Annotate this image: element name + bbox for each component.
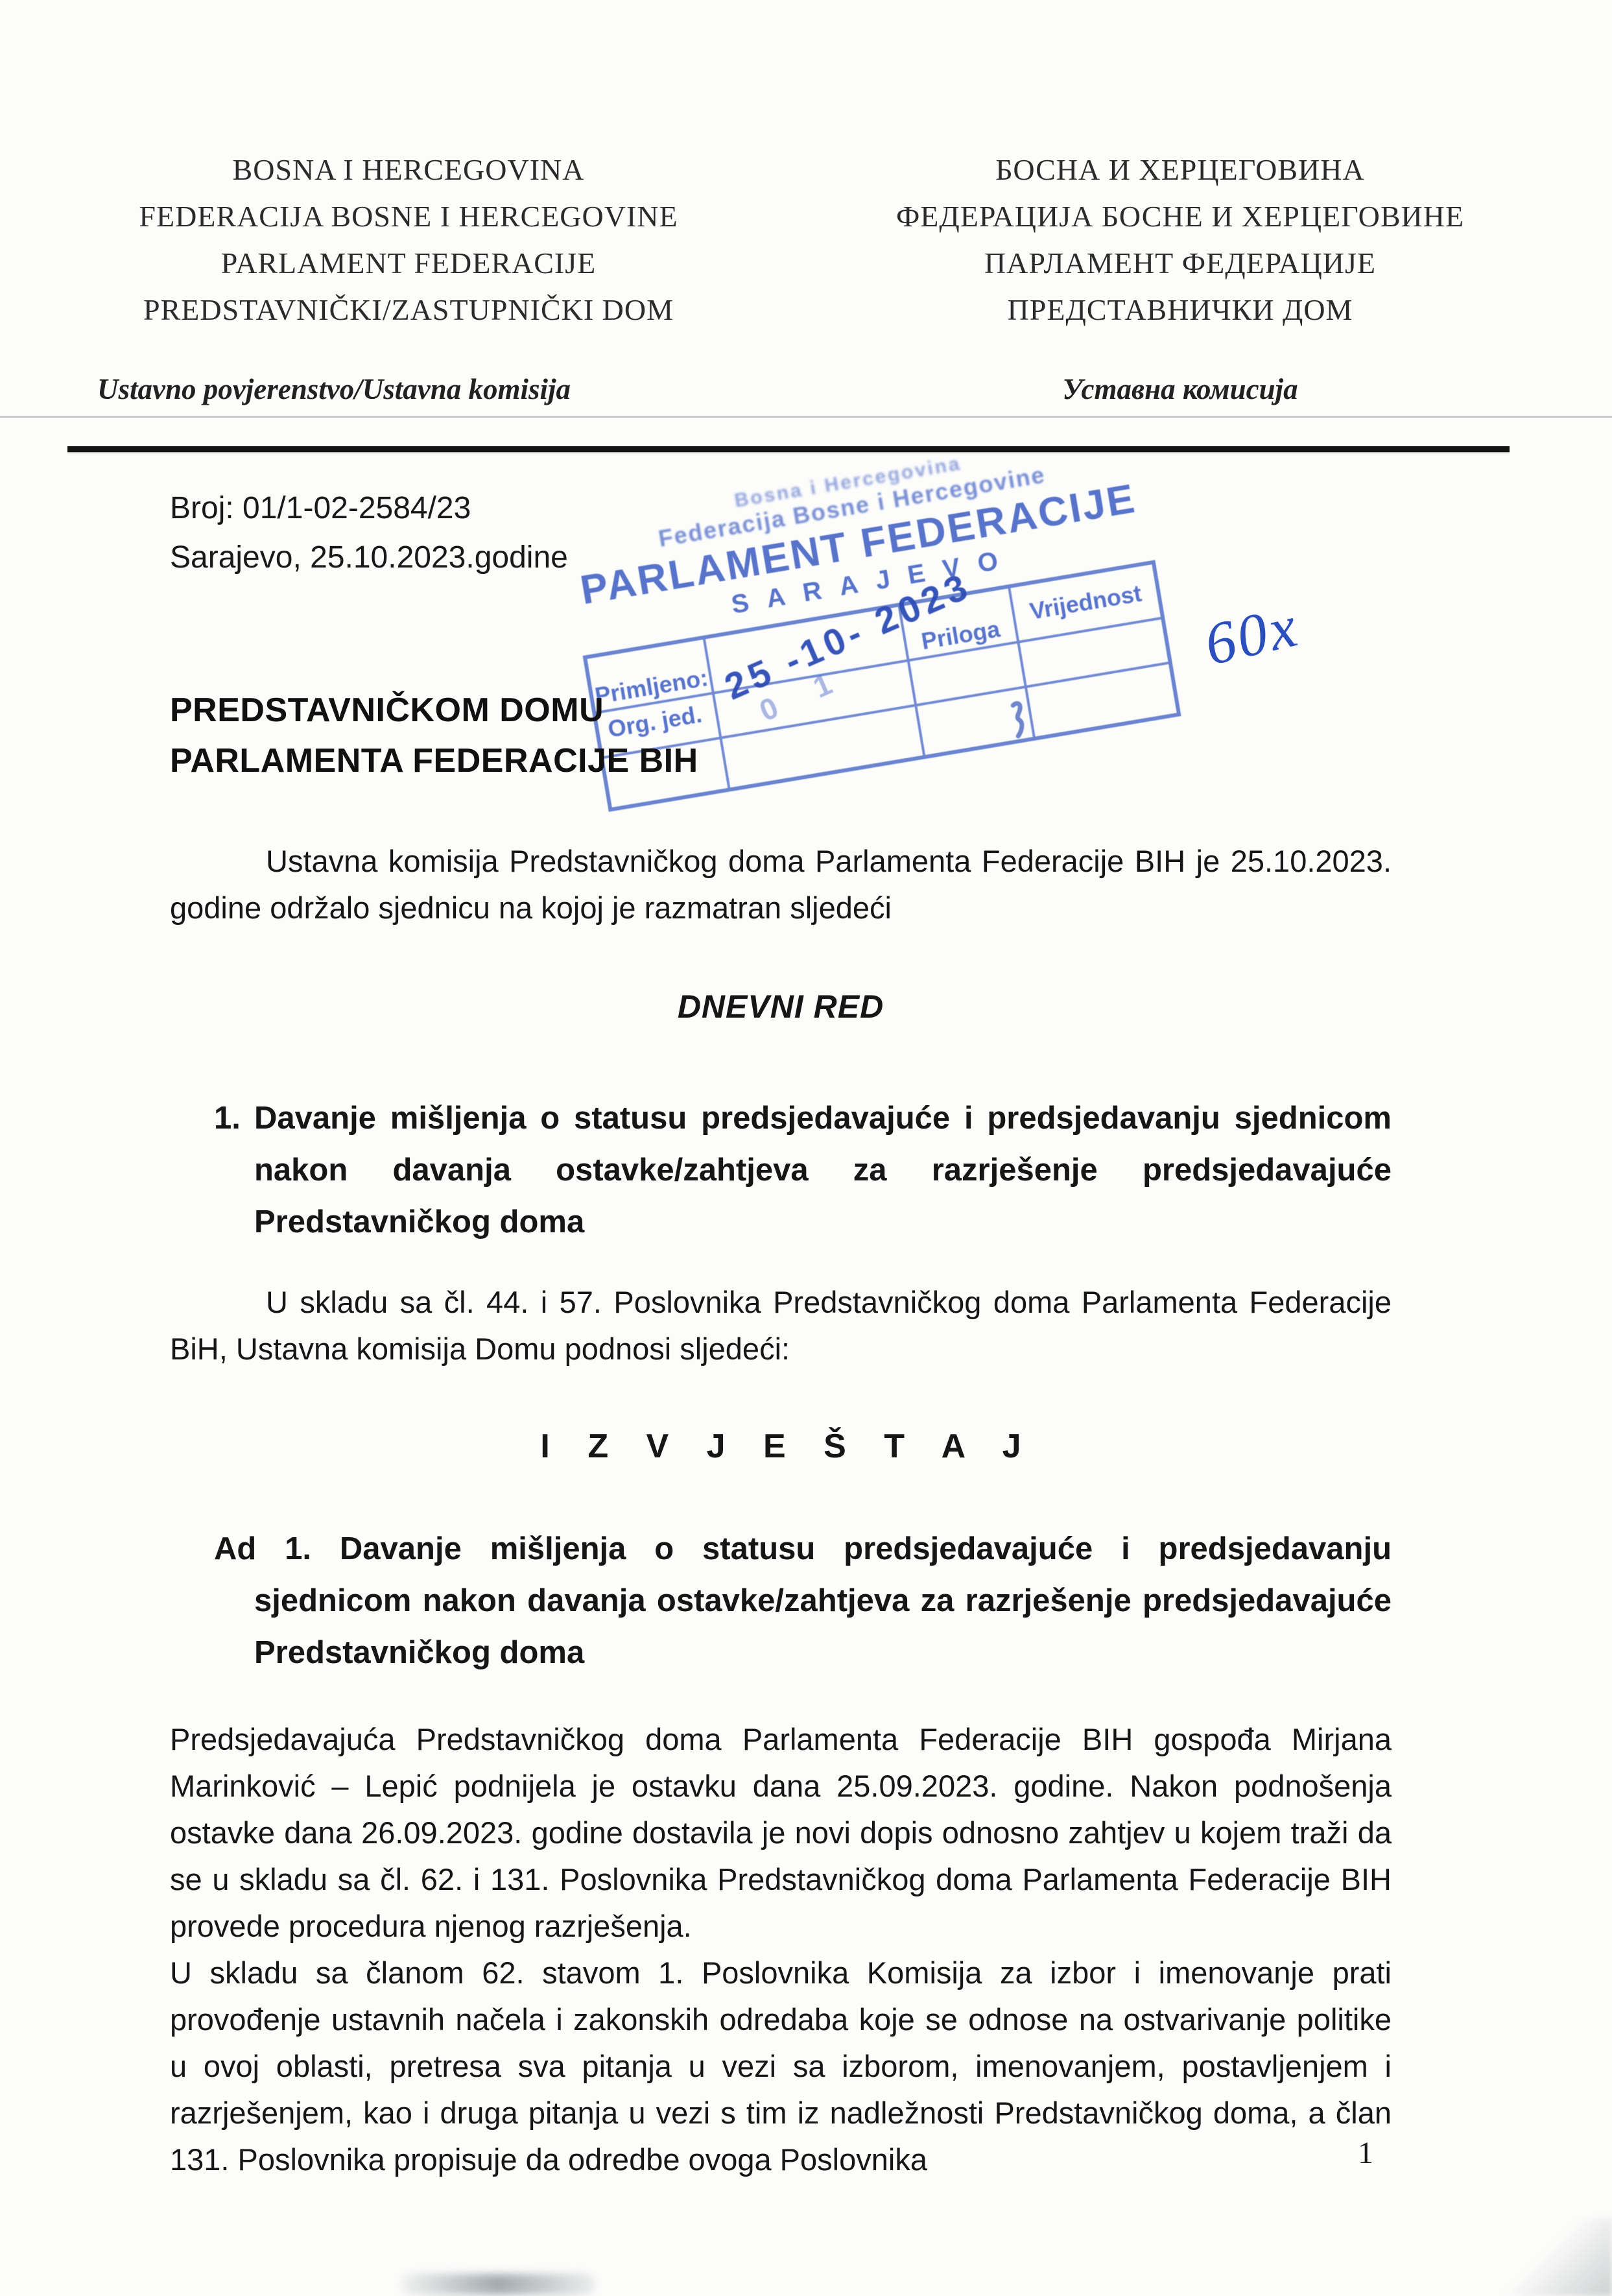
committee-name-cyrillic: Уставна комисија xyxy=(836,372,1524,406)
agenda-heading: DNEVNI RED xyxy=(170,983,1392,1030)
agenda-item-text: Davanje mišljenja o statusu predsjedavaj… xyxy=(254,1101,1392,1239)
agenda-item-number: 1. xyxy=(214,1092,254,1144)
letterhead-latin: BOSNA I HERCEGOVINA FEDERACIJA BOSNE I H… xyxy=(65,147,752,333)
letterhead-line: ФЕДЕРАЦИЈА БОСНЕ И ХЕРЦЕГОВИНЕ xyxy=(836,193,1524,240)
scanned-document-page: BOSNA I HERCEGOVINA FEDERACIJA BOSNE I H… xyxy=(0,0,1612,2296)
report-heading: I Z V J E Š T A J xyxy=(170,1423,1392,1470)
ad-item-heading: Ad 1. Davanje mišljenja o statusu predsj… xyxy=(214,1523,1392,1679)
reference-number: Broj: 01/1-02-2584/23 xyxy=(170,484,568,533)
intro-paragraph: Ustavna komisija Predstavničkog doma Par… xyxy=(170,838,1392,931)
letterhead-line: FEDERACIJA BOSNE I HERCEGOVINE xyxy=(65,193,752,240)
scan-corner-shade xyxy=(1502,2218,1612,2296)
handwritten-note: 60x xyxy=(1198,591,1305,679)
agenda-item-1: 1.Davanje mišljenja o statusu predsjedav… xyxy=(214,1092,1392,1248)
reference-block: Broj: 01/1-02-2584/23 Sarajevo, 25.10.20… xyxy=(170,484,568,582)
letterhead-line: ПАРЛАМЕНТ ФЕДЕРАЦИЈЕ xyxy=(836,240,1524,287)
reference-place-date: Sarajevo, 25.10.2023.godine xyxy=(170,533,568,582)
report-paragraph-1: Predsjedavajuća Predstavničkog doma Parl… xyxy=(170,1716,1392,1950)
stamp-ink-squiggle-icon xyxy=(1004,697,1045,745)
legal-basis-paragraph: U skladu sa čl. 44. i 57. Poslovnika Pre… xyxy=(170,1279,1392,1372)
report-paragraph-2: U skladu sa članom 62. stavom 1. Poslovn… xyxy=(170,1950,1392,2183)
header-divider-rule xyxy=(67,446,1510,452)
letterhead-line: БОСНА И ХЕРЦЕГОВИНА xyxy=(836,147,1524,193)
letterhead-line: PARLAMENT FEDERACIJE xyxy=(65,240,752,287)
committee-name-latin: Ustavno povjerenstvo/Ustavna komisija xyxy=(97,372,571,406)
letterhead-cyrillic: БОСНА И ХЕРЦЕГОВИНА ФЕДЕРАЦИЈА БОСНЕ И Х… xyxy=(836,147,1524,333)
document-body: Ustavna komisija Predstavničkog doma Par… xyxy=(170,838,1392,2183)
scan-artifact-line xyxy=(0,416,1612,418)
addressee-line: PARLAMENTA FEDERACIJE BIH xyxy=(170,735,698,786)
letterhead-line: PREDSTAVNIČKI/ZASTUPNIČKI DOM xyxy=(65,287,752,333)
letterhead-line: ПРЕДСТАВНИЧКИ ДОМ xyxy=(836,287,1524,333)
addressee-block: PREDSTAVNIČKOM DOMU PARLAMENTA FEDERACIJ… xyxy=(170,685,698,786)
scan-smudge xyxy=(401,2274,595,2295)
addressee-line: PREDSTAVNIČKOM DOMU xyxy=(170,685,698,735)
page-number: 1 xyxy=(1358,2135,1373,2171)
letterhead-line: BOSNA I HERCEGOVINA xyxy=(65,147,752,193)
